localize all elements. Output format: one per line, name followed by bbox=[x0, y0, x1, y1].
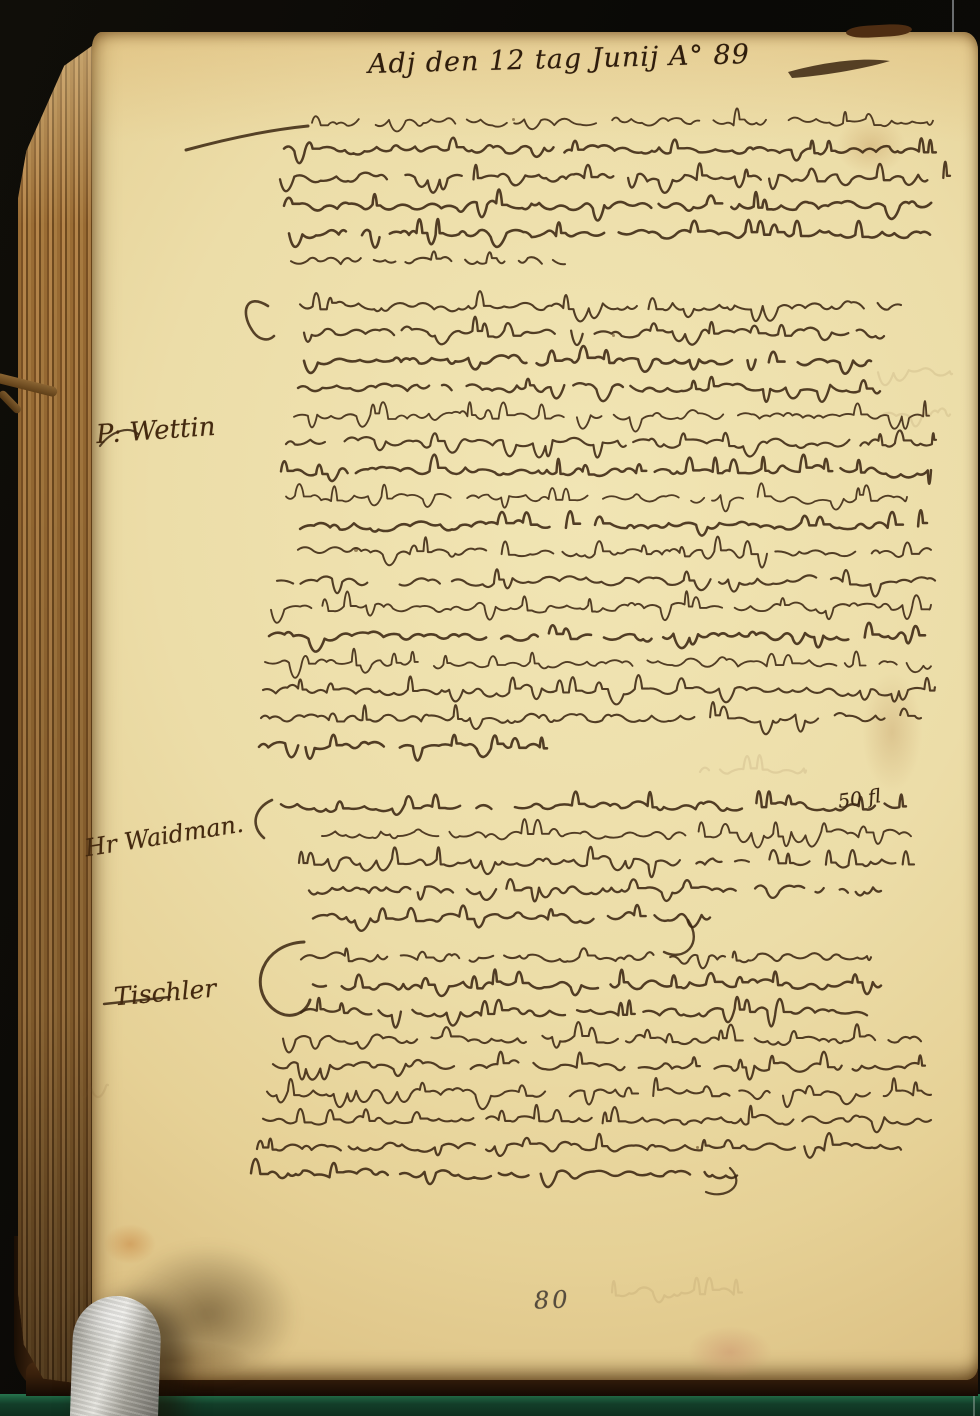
ink-stroke bbox=[257, 1133, 901, 1158]
ink-stroke bbox=[301, 997, 867, 1028]
ink-stroke bbox=[80, 1084, 108, 1097]
ink-stroke bbox=[700, 755, 806, 773]
ink-stroke bbox=[298, 377, 880, 402]
ink-stroke bbox=[273, 1052, 925, 1080]
ink-stroke bbox=[706, 1168, 736, 1194]
ink-stroke bbox=[313, 970, 881, 996]
ink-stroke bbox=[304, 317, 884, 345]
ink-stroke bbox=[612, 1278, 742, 1302]
ink-stroke bbox=[300, 510, 927, 535]
ink-stroke bbox=[299, 847, 914, 877]
ink-stroke bbox=[271, 591, 931, 623]
ink-stroke bbox=[280, 162, 950, 193]
ink-stroke bbox=[878, 368, 952, 385]
ink-stroke bbox=[298, 537, 931, 568]
ink-stroke bbox=[309, 879, 881, 901]
photographed-manuscript-scene: Adj den 12 tag Junij A° 89 P: Wettin Hr … bbox=[0, 0, 980, 1416]
ink-stroke bbox=[283, 1022, 921, 1052]
ink-stroke bbox=[313, 905, 710, 931]
ink-stroke bbox=[263, 675, 935, 704]
ink-stroke bbox=[304, 346, 871, 374]
ink-stroke bbox=[294, 401, 929, 431]
ink-stroke bbox=[267, 1078, 931, 1109]
ink-stroke bbox=[246, 301, 274, 339]
book-weight-strap bbox=[70, 1295, 162, 1416]
folio-number: 80 bbox=[534, 1285, 572, 1314]
ink-stroke bbox=[289, 219, 930, 248]
ink-stroke bbox=[284, 190, 944, 221]
ink-stroke bbox=[261, 702, 921, 734]
ink-stroke bbox=[260, 942, 310, 1015]
ink-stroke bbox=[259, 735, 547, 761]
ink-stroke bbox=[256, 800, 272, 838]
ink-stroke bbox=[884, 408, 950, 426]
ink-stroke bbox=[251, 1159, 737, 1187]
ink-stroke bbox=[284, 138, 946, 163]
ink-stroke bbox=[788, 60, 890, 78]
ink-stroke bbox=[281, 455, 931, 484]
ink-stroke bbox=[300, 291, 903, 321]
ink-stroke bbox=[269, 623, 925, 652]
ink-stroke bbox=[301, 948, 871, 968]
ink-stroke bbox=[291, 251, 565, 264]
ink-stroke bbox=[265, 649, 931, 678]
ink-stroke bbox=[281, 791, 906, 814]
ink-stroke bbox=[322, 819, 911, 848]
ink-stroke bbox=[277, 569, 935, 596]
ink-stroke bbox=[286, 430, 936, 457]
ink-stroke bbox=[312, 108, 933, 131]
ink-stroke bbox=[286, 483, 907, 511]
handwriting-ink-layer bbox=[0, 0, 980, 1416]
ink-stroke bbox=[263, 1105, 931, 1132]
